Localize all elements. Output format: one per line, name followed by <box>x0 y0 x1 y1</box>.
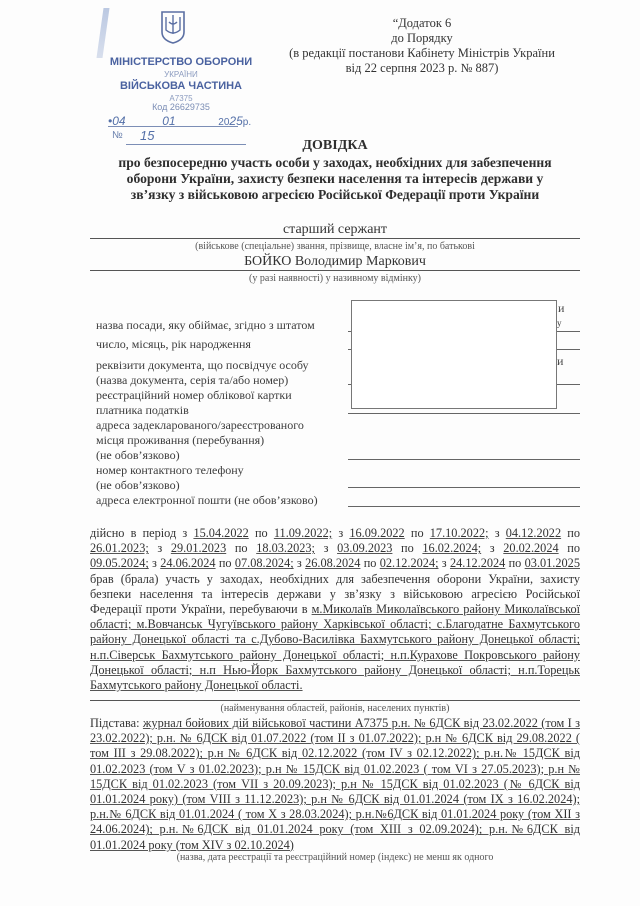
phone-value-line <box>348 487 580 488</box>
stamp-ink-mark <box>96 8 109 58</box>
name-field: БОЙКО Володимир Маркович <box>90 253 580 271</box>
period-end-date: 09.05.2024; <box>90 556 149 570</box>
document-title: ДОВІДКА <box>90 138 580 154</box>
tax-number-value-line <box>348 413 580 414</box>
basis-label: Підстава: <box>90 716 140 730</box>
redacted-personal-data-box <box>351 300 557 409</box>
tax-number-label-line-1: реєстраційний номер облікової картки <box>96 388 346 403</box>
period-start-date: 29.01.2023 <box>171 541 226 555</box>
tax-number-label-line-2: платника податків <box>96 403 346 418</box>
email-value-line <box>348 506 580 507</box>
official-stamp: МІНІСТЕРСТВО ОБОРОНИ УКРАЇНИ ВІЙСЬКОВА Ч… <box>96 0 266 150</box>
address-label-line-3: (не обов’язково) <box>96 448 346 463</box>
birthdate-label: число, місяць, рік народження <box>96 337 346 352</box>
period-end-date: 17.10.2022; <box>430 526 489 540</box>
stamp-edrpou: Код 26629735 <box>96 102 266 112</box>
cutoff-text-fragment: и <box>557 354 563 369</box>
basis-paragraph: Підстава: журнал бойових дій військової … <box>90 716 580 853</box>
period-start-date: 26.08.2024 <box>305 556 360 570</box>
document-subtitle: про безпосередню участь особи у заходах,… <box>90 155 580 203</box>
period-start-date: 20.02.2024 <box>503 541 558 555</box>
locations-caption: (найменування областей, районів, населен… <box>90 703 580 714</box>
subtitle-line-1: про безпосередню участь особи у заходах,… <box>90 155 580 171</box>
annex-header: “Додаток 6 до Порядку (в редакції постан… <box>262 16 582 76</box>
id-document-label: реквізити документа, що посвідчує особу … <box>96 358 346 493</box>
email-label: адреса електронної пошти (не обов’язково… <box>96 493 346 508</box>
period-start-date: 03.09.2023 <box>337 541 392 555</box>
basis-caption: (назва, дата реєстрації та реєстраційний… <box>90 852 580 863</box>
stamp-unit: ВІЙСЬКОВА ЧАСТИНА <box>96 80 266 92</box>
annex-line-4: від 22 серпня 2023 р. № 887) <box>262 61 582 76</box>
period-end-date: 02.12.2024; <box>380 556 439 570</box>
period-end-date: 16.02.2024; <box>422 541 481 555</box>
address-label-line-2: місця проживання (перебування) <box>96 433 346 448</box>
basis-text: журнал бойових дій військової частини А7… <box>90 716 580 852</box>
period-end-date: 11.09.2022; <box>274 526 332 540</box>
phone-label-line-1: номер контактного телефону <box>96 463 346 478</box>
position-label: назва посади, яку обіймає, згідно з штат… <box>96 318 346 333</box>
period-start-date: 24.06.2024 <box>160 556 215 570</box>
stamp-date-suffix: р. <box>243 117 251 128</box>
rank-field: старший сержант <box>90 221 580 239</box>
period-start-date: 15.04.2022 <box>193 526 248 540</box>
period-end-date: 18.03.2023; <box>256 541 315 555</box>
subtitle-line-3: зв’язку з військовою агресією Російської… <box>90 187 580 203</box>
cutoff-text-fragment: у <box>557 318 562 328</box>
name-caption: (у разі наявності) у називному відмінку) <box>90 273 580 284</box>
address-label-line-1: адреса задекларованого/зареєстрованого <box>96 418 346 433</box>
period-start-date: 16.09.2022 <box>349 526 404 540</box>
stamp-country: УКРАЇНИ <box>96 70 266 79</box>
trident-coat-of-arms-icon <box>160 10 186 44</box>
period-end-date: 26.01.2023; <box>90 541 149 555</box>
address-value-line <box>348 459 580 460</box>
cutoff-text-fragment: и <box>558 301 564 316</box>
annex-line-1: “Додаток 6 <box>262 16 582 31</box>
annex-line-2: до Порядку <box>262 31 582 46</box>
rank-caption: (військове (спеціальне) звання, прізвище… <box>90 241 580 252</box>
period-start-date: 04.12.2022 <box>506 526 561 540</box>
id-document-label-line-1: реквізити документа, що посвідчує особу <box>96 358 346 373</box>
period-start-date: 24.12.2024 <box>450 556 505 570</box>
locations-underline <box>90 700 580 701</box>
period-end-date: 07.08.2024; <box>235 556 294 570</box>
period-end-date: 03.01.2025 <box>525 556 580 570</box>
stamp-date-underline <box>108 126 238 127</box>
participation-paragraph: дійсно в період з 15.04.2022 по 11.09.20… <box>90 526 580 693</box>
annex-line-3: (в редакції постанови Кабінету Міністрів… <box>262 46 582 61</box>
periods-intro: дійсно в період з <box>90 526 187 540</box>
stamp-ministry: МІНІСТЕРСТВО ОБОРОНИ <box>96 56 266 68</box>
id-document-label-line-2: (назва документа, серія та/або номер) <box>96 373 346 388</box>
subtitle-line-2: оборони України, захисту безпеки населен… <box>90 171 580 187</box>
phone-label-line-2: (не обов’язково) <box>96 478 346 493</box>
